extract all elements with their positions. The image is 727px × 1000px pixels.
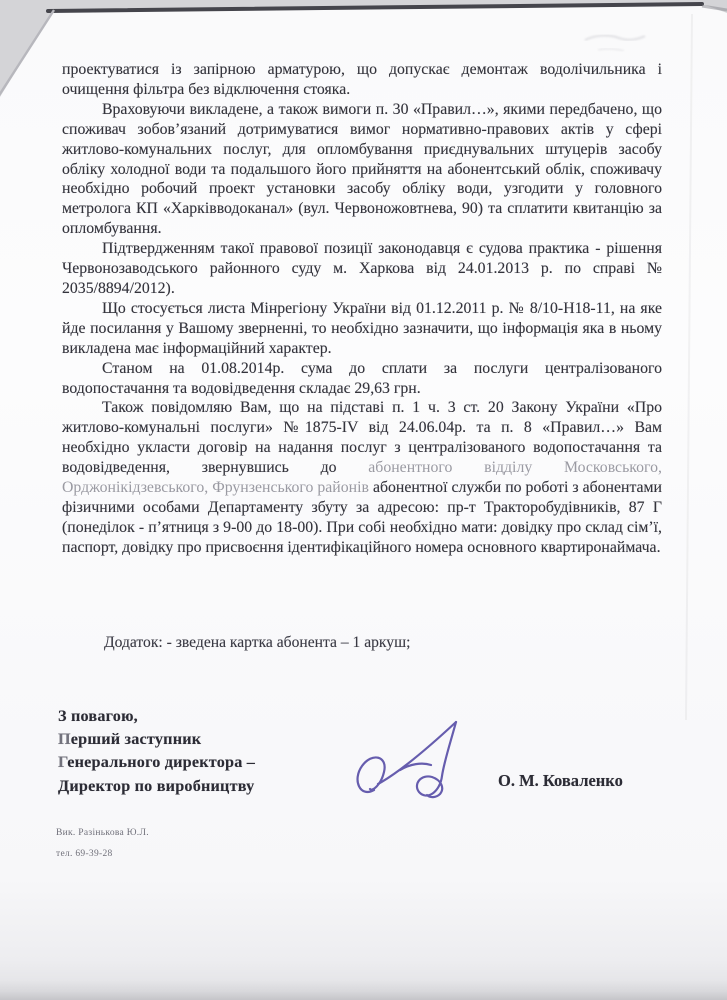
signature-stroke [417, 722, 456, 797]
handwritten-signature [330, 710, 480, 817]
closing-line: Перший заступник [58, 728, 255, 751]
closing-line: Генерального директора – [58, 751, 255, 774]
body-paragraph: Також повідомляю Вам, що на підставі п. … [62, 398, 662, 557]
body-paragraph: Станом на 01.08.2014р. сума до сплати за… [62, 359, 662, 399]
closing-line: Директор по виробництву [58, 775, 255, 798]
body-paragraph: Враховуючи викладене, а також вимоги п. … [62, 100, 662, 239]
body-paragraph: Що стосується листа Мінрегіону України в… [62, 299, 662, 359]
closing-line: З повагою, [58, 705, 255, 728]
letter-body: проектуватися із запірною арматурою, що … [62, 60, 662, 558]
signer-name: О. М. Коваленко [498, 771, 623, 791]
footer-phone: тел. 69-39-28 [56, 849, 149, 859]
signature-stroke [378, 722, 456, 784]
body-paragraph: Підтвердженням такої правової позиції за… [62, 239, 662, 299]
attachment-line: Додаток: - зведена картка абонента – 1 а… [104, 634, 410, 652]
scanned-letter-page: проектуватися із запірною арматурою, що … [0, 0, 727, 1000]
body-paragraph: проектуватися із запірною арматурою, що … [62, 60, 662, 100]
closing-block: З повагою, Перший заступник Генерального… [58, 705, 255, 798]
signature-stroke [358, 757, 385, 792]
footer-block: Вик. Разінькова Ю.Л. тел. 69-39-28 [56, 828, 149, 870]
footer-executor: Вик. Разінькова Ю.Л. [56, 828, 149, 838]
signature-stroke [400, 764, 431, 770]
